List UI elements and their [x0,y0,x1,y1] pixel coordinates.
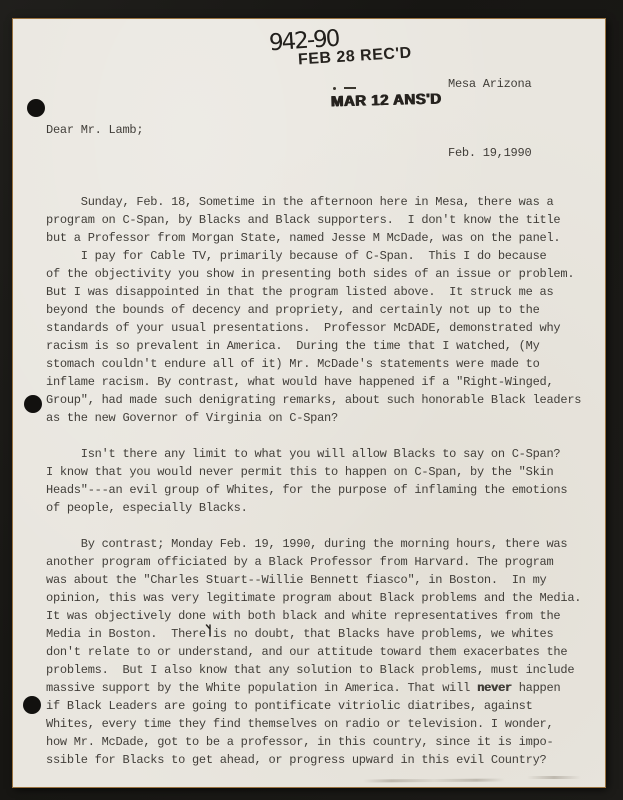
letter-line: how Mr. McDade, got to be a professor, i… [46,733,606,751]
salutation: Dear Mr. Lamb; [46,121,606,139]
letter-line: another program officiated by a Black Pr… [46,553,606,571]
paragraph: I pay for Cable TV, primarily because of… [46,247,606,427]
stamp-remnant-dash [344,87,356,89]
hole-punch [24,395,42,413]
letter-line: standards of your usual presentations. P… [46,319,606,337]
letter-page: 942-90 FEB 28 REC'D MAR 12 ANS'D Mesa Ar… [13,19,605,787]
letter-line: But I was disappointed in that the progr… [46,283,606,301]
letter-line: Sunday, Feb. 18, Sometime in the afterno… [46,193,606,211]
letter-line: beyond the bounds of decency and proprie… [46,301,606,319]
letter-line: ssible for Blacks to get ahead, or progr… [46,751,606,769]
letter-line: of people, especially Blacks. [46,499,606,517]
letter-line: Isn't there any limit to what you will a… [46,445,606,463]
hole-punch [23,696,41,714]
scanned-letter-background: 942-90 FEB 28 REC'D MAR 12 ANS'D Mesa Ar… [0,0,623,800]
letter-line: inflame racism. By contrast, what would … [46,373,606,391]
letter-line: of the objectivity you show in presentin… [46,265,606,283]
pencil-smudge [527,776,581,779]
letter-line: I pay for Cable TV, primarily because of… [46,247,606,265]
letter-line: Group", had made such denigrating remark… [46,391,606,409]
letter-line: program on C-Span, by Blacks and Black s… [46,211,606,229]
answered-date-stamp: MAR 12 ANS'D [331,91,442,111]
letter-line: if Black Leaders are going to pontificat… [46,697,606,715]
emphasized-word: never [477,681,512,695]
letter-line: Heads"---an evil group of Whites, for th… [46,481,606,499]
letter-line: I know that you would never permit this … [46,463,606,481]
hole-punch [27,99,45,117]
paragraph: By contrast; Monday Feb. 19, 1990, durin… [46,535,606,769]
letter-body: Dear Mr. Lamb; Sunday, Feb. 18, Sometime… [46,85,606,769]
letter-line: opinion, this was very legitimate progra… [46,589,606,607]
letter-line: problems. But I also know that any solut… [46,661,606,679]
letter-line: as the new Governor of Virginia on C-Spa… [46,409,606,427]
paragraph: Isn't there any limit to what you will a… [46,445,606,517]
letter-line: but a Professor from Morgan State, named… [46,229,606,247]
insertion-mark [205,623,214,638]
line-text: happen [512,681,561,695]
letter-line: racism is so prevalent in America. Durin… [46,337,606,355]
letter-line: It was objectively done with both black … [46,607,606,625]
line-text: massive support by the White population … [46,681,477,695]
letter-line: was about the "Charles Stuart--Willie Be… [46,571,606,589]
stamp-remnant-dot [333,87,336,90]
letter-line: don't relate to or understand, and our a… [46,643,606,661]
letter-line: By contrast; Monday Feb. 19, 1990, durin… [46,535,606,553]
paragraph: Sunday, Feb. 18, Sometime in the afterno… [46,193,606,247]
letter-line: Media in Boston. There is no doubt, that… [46,625,606,643]
letter-line: Whites, every time they find themselves … [46,715,606,733]
letter-line: stomach couldn't endure all of it) Mr. M… [46,355,606,373]
letter-line: massive support by the White population … [46,679,606,697]
pencil-smudge [363,779,505,783]
